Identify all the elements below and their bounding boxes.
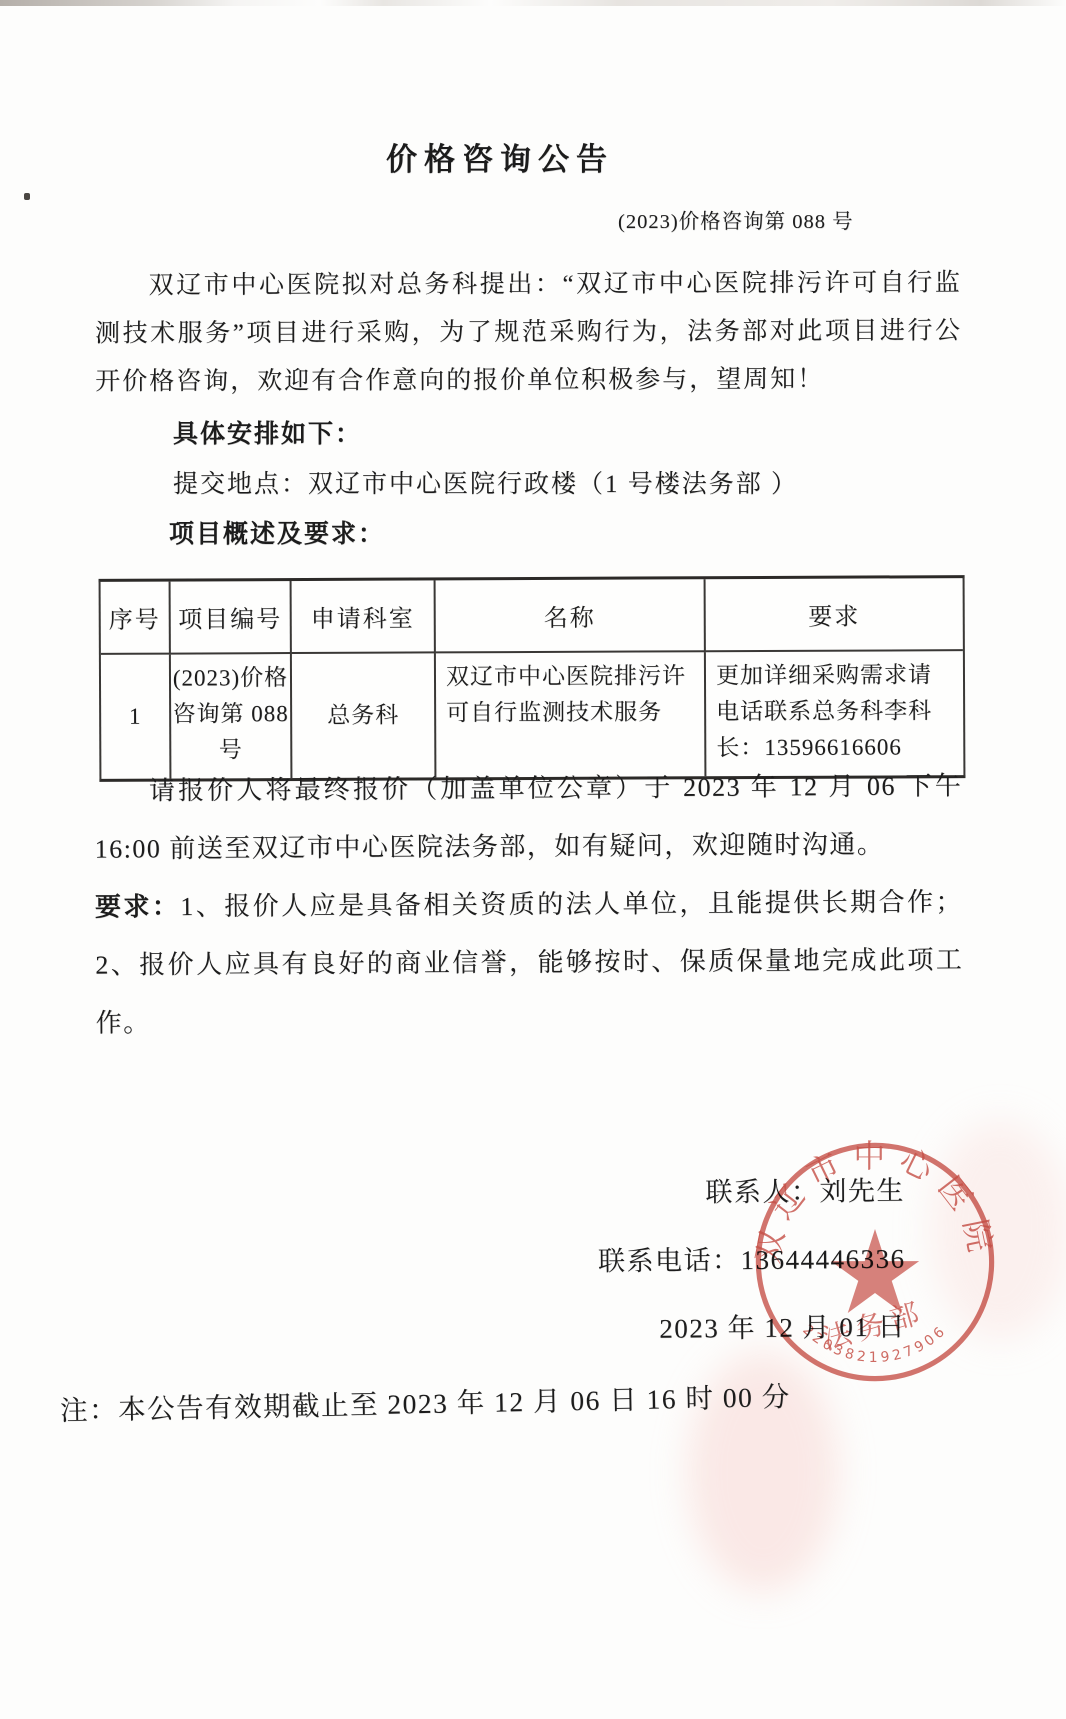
requirements-text: 1、报价人应是具备相关资质的法人单位，且能提供长期合作；2、报价人应具有良好的商… — [95, 887, 963, 1037]
table-cell-project-no: (2023)价格咨询第 088 号 — [171, 654, 293, 779]
table-cell-seq: 1 — [101, 655, 172, 779]
intro-paragraph: 双辽市中心医院拟对总务科提出：“双辽市中心医院排污许可自行监测技术服务”项目进行… — [95, 259, 962, 406]
document-number: (2023)价格咨询第 088 号 — [618, 204, 854, 234]
scanner-edge-artifact — [0, 0, 1066, 6]
table-header-seq: 序号 — [101, 582, 171, 655]
table-cell-department: 总务科 — [292, 653, 437, 778]
lower-paragraphs: 请报价人将最终报价（加盖单位公章）于 2023 年 12 月 06 下午 16:… — [94, 757, 964, 1052]
pink-smudge — [930, 1120, 1066, 1340]
table-header-requirement: 要求 — [706, 578, 963, 652]
table-heading: 项目概述及要求： — [169, 514, 385, 550]
table-header-project-no: 项目编号 — [171, 581, 292, 655]
scanned-document-page: 价格咨询公告 (2023)价格咨询第 088 号 双辽市中心医院拟对总务科提出：… — [0, 0, 1066, 1719]
requirements-paragraph: 要求：1、报价人应是具备相关资质的法人单位，且能提供长期合作；2、报价人应具有良… — [95, 873, 964, 1052]
submission-location-line: 提交地点：双辽市中心医院行政楼（1 号楼法务部 ） — [173, 464, 798, 500]
deadline-paragraph: 请报价人将最终报价（加盖单位公章）于 2023 年 12 月 06 下午 16:… — [94, 757, 963, 878]
table-header-name: 名称 — [436, 579, 706, 653]
table-header-department: 申请科室 — [292, 580, 436, 654]
signature-date-line: 2023 年 12 月 01 日 — [598, 1293, 906, 1364]
contact-person-line: 联系人：刘先生 — [597, 1157, 905, 1228]
signature-block: 联系人：刘先生 联系电话：13644446336 2023 年 12 月 01 … — [597, 1157, 906, 1364]
project-spec-table: 序号 项目编号 申请科室 名称 要求 1 (2023)价格咨询第 088 号 总… — [99, 575, 966, 782]
document-title: 价格咨询公告 — [0, 134, 1000, 179]
arrangement-heading: 具体安排如下： — [173, 414, 362, 450]
ink-speck — [24, 193, 30, 200]
requirements-label: 要求： — [95, 892, 181, 922]
contact-phone-line: 联系电话：13644446336 — [597, 1225, 905, 1296]
validity-note: 注：本公告有效期截止至 2023 年 12 月 06 日 16 时 00 分 — [60, 1374, 791, 1428]
